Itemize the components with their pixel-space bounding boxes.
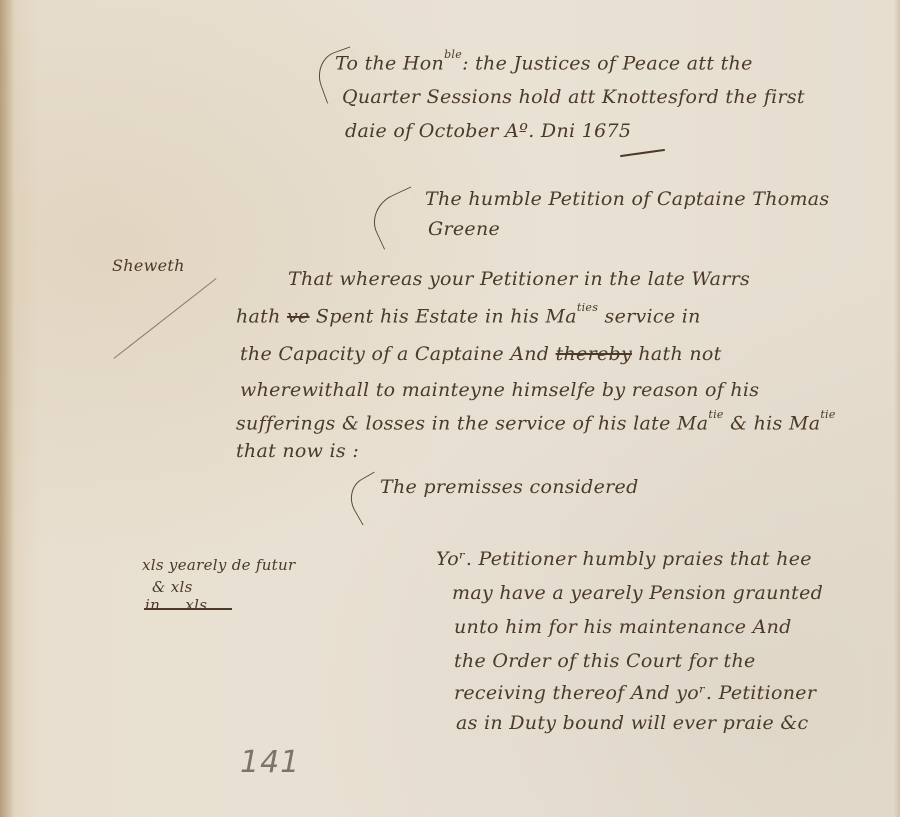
body-line-6: that now is : bbox=[236, 440, 359, 462]
address-line-1: To the Honble: the Justices of Peace att… bbox=[335, 52, 753, 74]
order-annotation-line-2: & xls bbox=[152, 578, 193, 596]
prayer-line-2: may have a yearely Pension graunted bbox=[452, 582, 823, 604]
struck-word: ve bbox=[287, 305, 310, 327]
premises-considered: The premisses considered bbox=[380, 476, 639, 498]
prayer-line-1: Yoʳ. Petitioner humbly praies that hee bbox=[436, 548, 812, 570]
body-line-4: wherewithall to mainteyne himselfe by re… bbox=[240, 379, 759, 401]
address-line-2: Quarter Sessions hold att Knottesford th… bbox=[342, 86, 805, 108]
body-line-3: the Capacity of a Captaine And thereby h… bbox=[240, 343, 722, 365]
petition-title-line-2: Greene bbox=[428, 218, 500, 240]
order-annotation-line-3: in ... xls bbox=[145, 596, 207, 614]
struck-word: thereby bbox=[556, 343, 632, 365]
order-annotation-line-1: xls yearely de futur bbox=[142, 556, 295, 574]
title-flourish bbox=[365, 186, 431, 249]
body-line-2: hath ve Spent his Estate in his Maties s… bbox=[236, 305, 701, 327]
body-line-5: sufferings & losses in the service of hi… bbox=[236, 412, 836, 434]
petition-title-line-1: The humble Petition of Captaine Thomas bbox=[425, 188, 829, 210]
annotation-underline bbox=[144, 608, 232, 610]
body-line-1: That whereas your Petitioner in the late… bbox=[288, 268, 750, 290]
prayer-line-5: receiving thereof And yoʳ. Petitioner bbox=[454, 682, 816, 704]
prayer-line-3: unto him for his maintenance And bbox=[454, 616, 792, 638]
prayer-line-4: the Order of this Court for the bbox=[454, 650, 756, 672]
margin-heading-sheweth: Sheweth bbox=[112, 256, 185, 275]
page-edge-right bbox=[894, 0, 900, 817]
folio-number: 141 bbox=[240, 745, 300, 780]
prayer-line-6: as in Duty bound will ever praie &c bbox=[456, 712, 809, 734]
page-edge-stain bbox=[0, 0, 14, 817]
address-line-3: daie of October Aº. Dni 1675 bbox=[345, 120, 631, 142]
date-underline bbox=[620, 149, 665, 157]
manuscript-page: To the Honble: the Justices of Peace att… bbox=[0, 0, 900, 817]
margin-stroke bbox=[113, 278, 216, 359]
